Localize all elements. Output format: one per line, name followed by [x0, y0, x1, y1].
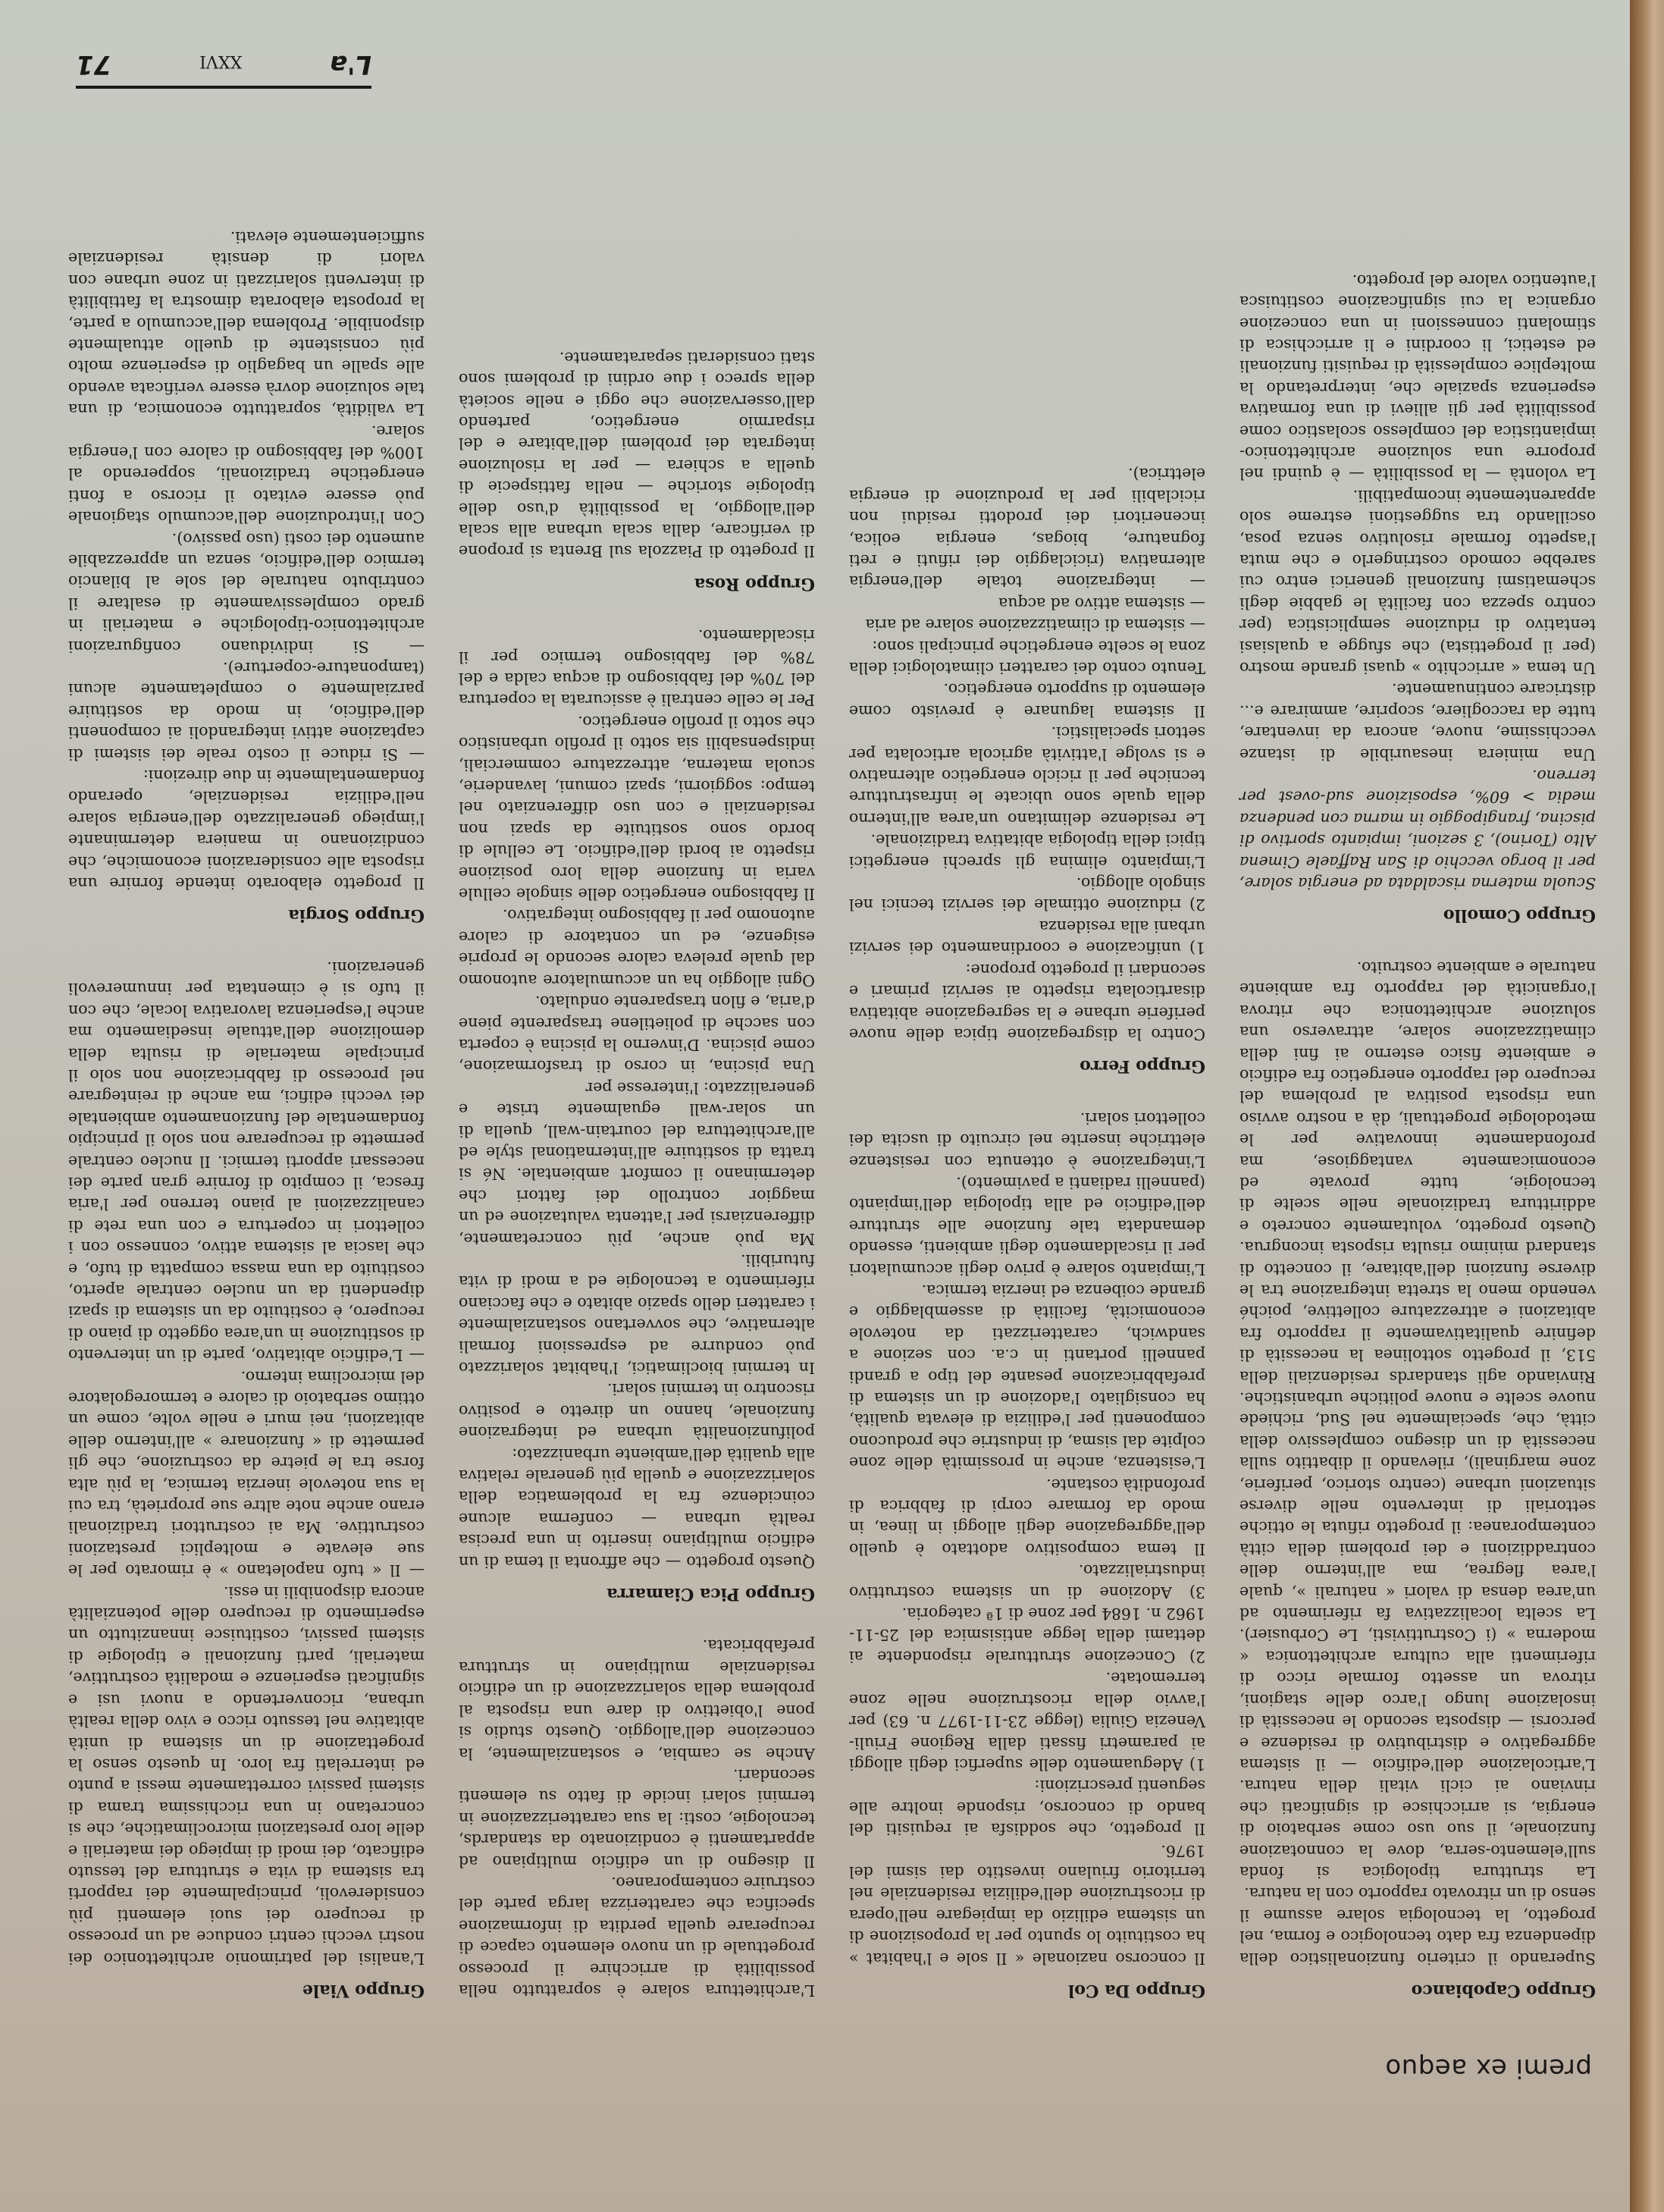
paragraph: La validità, soprattutto economica, di u…	[68, 227, 425, 421]
magazine-logo: L'a	[330, 49, 371, 80]
column-pica-ciamarra-rosa: L'architettura solare è soprattutto nell…	[459, 347, 815, 2001]
paragraph: — Si individuano configurazioni architet…	[68, 528, 425, 657]
paragraph: Il disegno di un edificio multipiano ad …	[459, 1765, 815, 1872]
paragraph: L'esistenza, anche in prossimità delle z…	[849, 1280, 1205, 1474]
paragraph: — L'edificio abitativo, parte di un inte…	[68, 957, 425, 1366]
paragraph: Il sistema lagunare è previsto come elem…	[849, 679, 1205, 722]
paragraph: 1) Adeguamento delle superfici degli all…	[849, 1668, 1205, 1775]
paragraph: 3) Adozione di un sistema costruttivo in…	[849, 1560, 1205, 1603]
paragraph: L'architettura solare è soprattutto nell…	[459, 1872, 815, 2001]
paragraph: Il progetto elaborato intende fornire un…	[68, 765, 425, 894]
column-capobianco-comollo: Gruppo Capobianco Superando il criterio …	[1239, 269, 1596, 2001]
magazine-page-rotated: premi ex aequo Gruppo Capobianco Superan…	[0, 0, 1630, 2212]
paragraph: Ogni alloggio ha un accumulatore autonom…	[459, 905, 815, 991]
paragraph: Le residenze delimitano un'area all'inte…	[849, 722, 1205, 830]
paragraph: Il progetto, che soddisfa ai requisiti d…	[849, 1775, 1205, 1840]
paragraph: Il fabbisogno energetico delle singole c…	[459, 711, 815, 905]
volume-number: XXVI	[199, 52, 242, 71]
paragraph: Con l'introduzione dell'accumulo stagion…	[68, 420, 425, 528]
heading-gruppo-sorgia: Gruppo Sorgia	[68, 905, 425, 926]
paragraph: Anche se cambia, e sostanzialmente, la c…	[459, 1635, 815, 1764]
paragraph: Contro la disgregazione tipica delle nuo…	[849, 959, 1205, 1045]
heading-gruppo-ferro: Gruppo Ferro	[849, 1056, 1205, 1077]
paragraph: Tenuto conto dei caratteri climatologici…	[849, 635, 1205, 679]
paragraph: Per le celle centrali è assicurata la co…	[459, 625, 815, 711]
paragraph: L'analisi del patrimonio architettonico …	[68, 1581, 425, 1969]
paragraph: Superando il criterio funzionalistico de…	[1239, 1883, 1596, 1969]
paragraph: L'impianto solare è privo degli accumula…	[849, 1172, 1205, 1280]
paragraph: 2) riduzione ottimale dei servizi tecnic…	[849, 873, 1205, 916]
column-viale-sorgia: Gruppo Viale L'analisi del patrimonio ar…	[68, 227, 425, 2002]
paragraph: Ma può anche, più concretamente, differe…	[459, 1077, 815, 1249]
heading-gruppo-viale: Gruppo Viale	[68, 1980, 425, 2001]
section-title: premi ex aequo	[1385, 2053, 1592, 2083]
column-dacol-ferro: Gruppo Da Col Il concorso nazionale « Il…	[849, 463, 1205, 2001]
paragraph: L'impianto elimina gli sprechi energetic…	[849, 830, 1205, 873]
paragraph: Scuola materna riscaldata ad energia sol…	[1239, 765, 1596, 894]
heading-gruppo-comollo: Gruppo Comollo	[1239, 905, 1596, 926]
paragraph: Il progetto di Piazzola sul Brenta si pr…	[459, 347, 815, 562]
page-edge-shadow	[1630, 0, 1664, 2212]
paragraph: In termini bioclimatici, l'habitat solar…	[459, 1250, 815, 1379]
paragraph: 2) Concezione strutturale rispondente ai…	[849, 1603, 1205, 1668]
paragraph: — sistema attivo ad acqua	[849, 592, 1205, 613]
paragraph: La volontà — la possibilità — è quindi n…	[1239, 269, 1596, 485]
paragraph: — Si riduce il costo reale dei sistemi d…	[68, 657, 425, 765]
paragraph: Il concorso nazionale « Il sole e l'habi…	[849, 1840, 1205, 1969]
paragraph: 1) unificazione e coordinamento dei serv…	[849, 916, 1205, 959]
page-number: 71	[76, 49, 111, 80]
paragraph: L'integrazione è ottenuta con resistenze…	[849, 1107, 1205, 1172]
page-footer: L'a XXVI 71	[76, 49, 371, 89]
heading-gruppo-capobianco: Gruppo Capobianco	[1239, 1980, 1596, 2001]
paragraph: — Il « tufo napoletano » è rimorato per …	[68, 1366, 425, 1581]
paragraph: Una piscina, in corso di trasformazione,…	[459, 991, 815, 1078]
paragraph: polifunzionalità urbana ed integrazione …	[459, 1379, 815, 1443]
heading-gruppo-da-col: Gruppo Da Col	[849, 1980, 1205, 2001]
paragraph: Un tema « arricchito » quasi grande most…	[1239, 485, 1596, 679]
paragraph: Una miniera inesauribile di istanze vecc…	[1239, 679, 1596, 765]
paragraph: — integrazione totale dell'energia alter…	[849, 463, 1205, 592]
paragraph: — sistema di climatizzazione solare ad a…	[849, 614, 1205, 635]
heading-gruppo-rosa: Gruppo Rosa	[459, 573, 815, 594]
paragraph: Questo progetto — che affronta il tema d…	[459, 1443, 815, 1572]
paragraph: Il tema compositivo adottato è quello de…	[849, 1473, 1205, 1560]
paragraph: La struttura tipologica si fonda sull'el…	[1239, 957, 1596, 1883]
heading-gruppo-pica-ciamarra: Gruppo Pica Ciamarra	[459, 1583, 815, 1605]
